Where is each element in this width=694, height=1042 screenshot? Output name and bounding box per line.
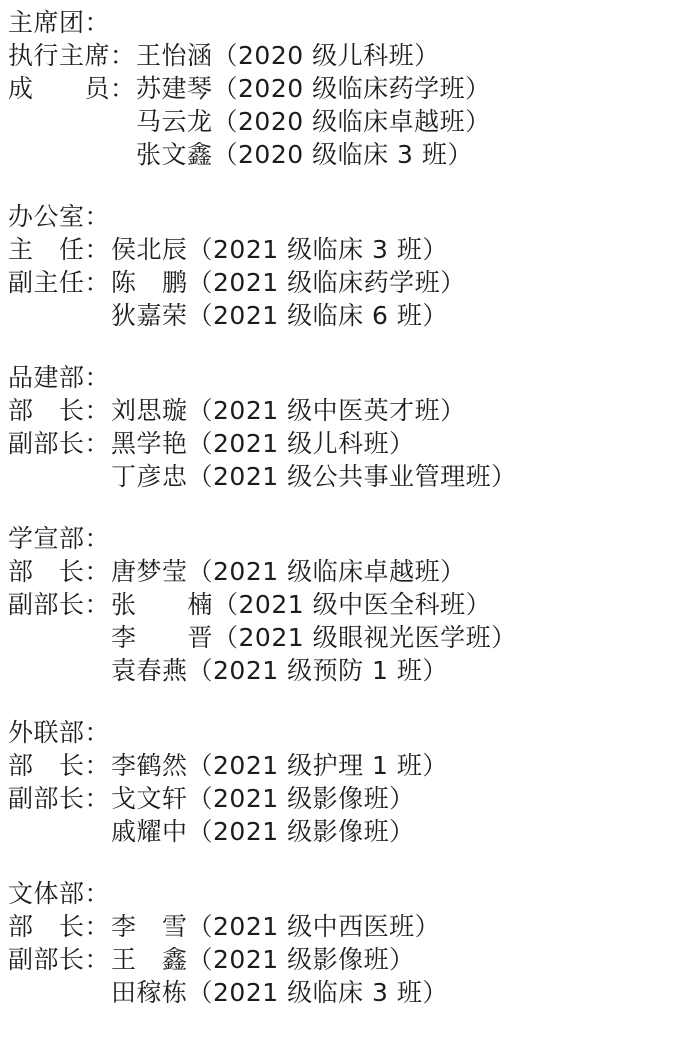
member-class: （2021 级中西医班） xyxy=(188,912,441,941)
member-row: 袁春燕（2021 级预防 1 班） xyxy=(8,654,686,687)
member-class: （2020 级临床卓越班） xyxy=(213,107,491,136)
member-name: 袁春燕 xyxy=(111,656,188,685)
member-class: （2021 级儿科班） xyxy=(188,429,415,458)
member-name: 王 鑫 xyxy=(111,945,188,974)
member-row: 副部长：戈文轩（2021 级影像班） xyxy=(8,782,686,815)
member-class: （2021 级眼视光医学班） xyxy=(213,623,517,652)
section-external-liaison: 外联部： 部 长：李鹤然（2021 级护理 1 班） 副部长：戈文轩（2021 … xyxy=(8,716,686,848)
role-label: 副部长： xyxy=(8,427,111,460)
member-class: （2021 级影像班） xyxy=(188,784,415,813)
member-class: （2021 级临床 3 班） xyxy=(188,978,448,1007)
role-label: 部 长： xyxy=(8,394,111,427)
member-name: 张 楠 xyxy=(111,590,213,619)
member-name: 陈 鹏 xyxy=(111,268,188,297)
member-name: 张文鑫 xyxy=(136,140,213,169)
member-name: 田稼栋 xyxy=(111,978,188,1007)
member-name: 苏建琴 xyxy=(136,74,213,103)
member-name: 李 晋 xyxy=(111,623,213,652)
member-row: 副部长：王 鑫（2021 级影像班） xyxy=(8,943,686,976)
member-class: （2021 级公共事业管理班） xyxy=(188,462,517,491)
member-class: （2021 级预防 1 班） xyxy=(188,656,448,685)
section-office: 办公室： 主 任：侯北辰（2021 级临床 3 班） 副主任：陈 鹏（2021 … xyxy=(8,200,686,332)
member-row: 李 晋（2021 级眼视光医学班） xyxy=(8,621,686,654)
member-row: 部 长：李 雪（2021 级中西医班） xyxy=(8,910,686,943)
role-label: 副部长： xyxy=(8,943,111,976)
section-culture-sports: 文体部： 部 长：李 雪（2021 级中西医班） 副部长：王 鑫（2021 级影… xyxy=(8,877,686,1009)
member-row: 部 长：唐梦莹（2021 级临床卓越班） xyxy=(8,555,686,588)
member-class: （2021 级中医全科班） xyxy=(213,590,491,619)
member-class: （2020 级临床 3 班） xyxy=(213,140,473,169)
section-study-publicity: 学宣部： 部 长：唐梦莹（2021 级临床卓越班） 副部长：张 楠（2021 级… xyxy=(8,522,686,687)
member-name: 戚耀中 xyxy=(111,817,188,846)
role-label: 执行主席： xyxy=(8,39,136,72)
member-class: （2021 级临床卓越班） xyxy=(188,557,466,586)
member-class: （2021 级护理 1 班） xyxy=(188,751,448,780)
section-title: 主席团： xyxy=(8,6,686,39)
member-name: 侯北辰 xyxy=(111,235,188,264)
member-name: 戈文轩 xyxy=(111,784,188,813)
member-row: 主 任：侯北辰（2021 级临床 3 班） xyxy=(8,233,686,266)
member-name: 刘思璇 xyxy=(111,396,188,425)
member-row: 执行主席：王怡涵（2020 级儿科班） xyxy=(8,39,686,72)
role-label: 主 任： xyxy=(8,233,111,266)
section-presidium: 主席团： 执行主席：王怡涵（2020 级儿科班） 成 员：苏建琴（2020 级临… xyxy=(8,6,686,171)
member-class: （2021 级中医英才班） xyxy=(188,396,466,425)
member-class: （2020 级儿科班） xyxy=(213,41,440,70)
role-label: 副部长： xyxy=(8,782,111,815)
member-row: 部 长：刘思璇（2021 级中医英才班） xyxy=(8,394,686,427)
member-class: （2021 级影像班） xyxy=(188,945,415,974)
member-class: （2021 级临床 3 班） xyxy=(188,235,448,264)
roster-document: 主席团： 执行主席：王怡涵（2020 级儿科班） 成 员：苏建琴（2020 级临… xyxy=(0,0,694,1029)
section-title: 外联部： xyxy=(8,716,686,749)
member-class: （2021 级影像班） xyxy=(188,817,415,846)
role-label: 副部长： xyxy=(8,588,111,621)
member-class: （2020 级临床药学班） xyxy=(213,74,491,103)
member-row: 马云龙（2020 级临床卓越班） xyxy=(8,105,686,138)
member-row: 副主任：陈 鹏（2021 级临床药学班） xyxy=(8,266,686,299)
member-name: 王怡涵 xyxy=(136,41,213,70)
member-row: 狄嘉荣（2021 级临床 6 班） xyxy=(8,299,686,332)
member-class: （2021 级临床 6 班） xyxy=(188,301,448,330)
member-name: 丁彦忠 xyxy=(111,462,188,491)
member-row: 副部长：黑学艳（2021 级儿科班） xyxy=(8,427,686,460)
section-title: 文体部： xyxy=(8,877,686,910)
member-class: （2021 级临床药学班） xyxy=(188,268,466,297)
section-brand-building: 品建部： 部 长：刘思璇（2021 级中医英才班） 副部长：黑学艳（2021 级… xyxy=(8,361,686,493)
member-name: 李鹤然 xyxy=(111,751,188,780)
member-name: 唐梦莹 xyxy=(111,557,188,586)
role-label: 成 员： xyxy=(8,72,136,105)
role-label: 部 长： xyxy=(8,555,111,588)
role-label: 部 长： xyxy=(8,749,111,782)
member-row: 戚耀中（2021 级影像班） xyxy=(8,815,686,848)
member-row: 丁彦忠（2021 级公共事业管理班） xyxy=(8,460,686,493)
member-row: 张文鑫（2020 级临床 3 班） xyxy=(8,138,686,171)
member-row: 部 长：李鹤然（2021 级护理 1 班） xyxy=(8,749,686,782)
member-name: 李 雪 xyxy=(111,912,188,941)
section-title: 办公室： xyxy=(8,200,686,233)
member-row: 田稼栋（2021 级临床 3 班） xyxy=(8,976,686,1009)
member-row: 成 员：苏建琴（2020 级临床药学班） xyxy=(8,72,686,105)
section-title: 品建部： xyxy=(8,361,686,394)
role-label: 副主任： xyxy=(8,266,111,299)
member-name: 马云龙 xyxy=(136,107,213,136)
section-title: 学宣部： xyxy=(8,522,686,555)
member-name: 黑学艳 xyxy=(111,429,188,458)
member-name: 狄嘉荣 xyxy=(111,301,188,330)
role-label: 部 长： xyxy=(8,910,111,943)
member-row: 副部长：张 楠（2021 级中医全科班） xyxy=(8,588,686,621)
